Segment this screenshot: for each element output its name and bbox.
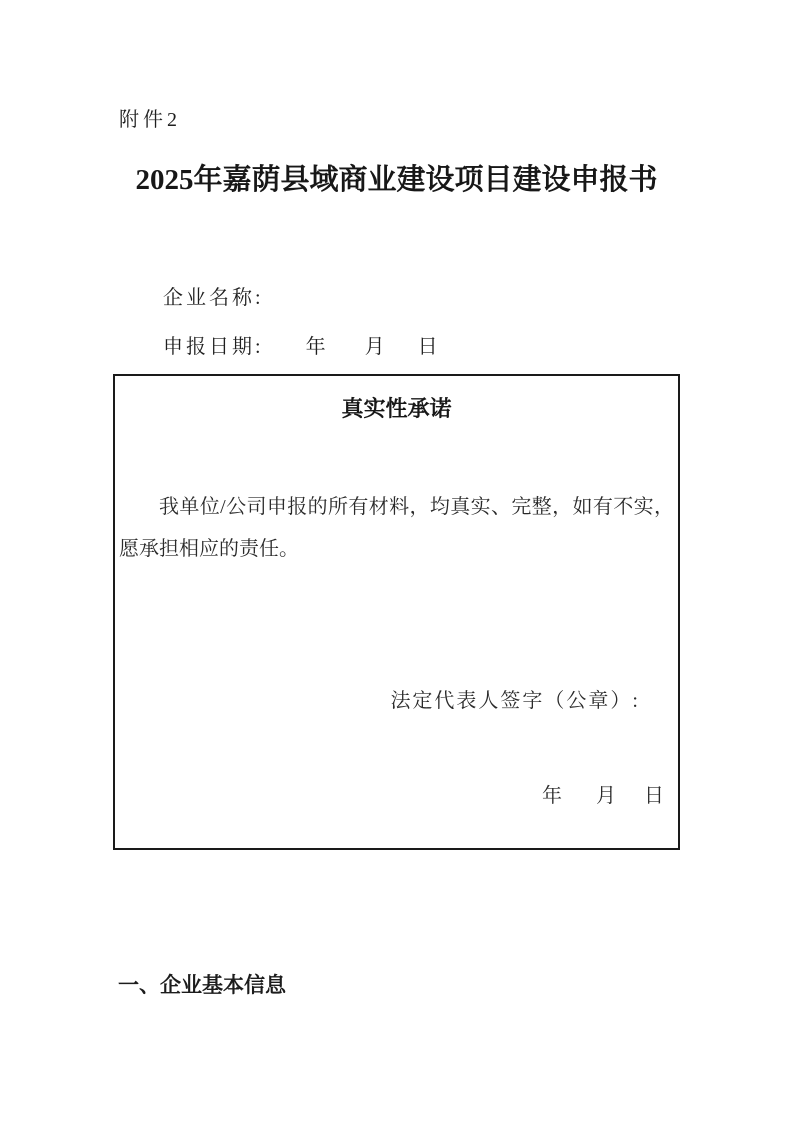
commitment-date-day-label: 日 xyxy=(644,785,664,807)
section-heading-enterprise-basic-info: 一、企业基本信息 xyxy=(118,969,286,999)
commitment-date-row: 年 月 日 xyxy=(542,779,664,808)
declaration-date-month-label: 月 xyxy=(365,336,388,358)
declaration-date-row: 申报日期: 年 月 日 xyxy=(163,330,441,359)
commitment-body-text: 我单位/公司申报的所有材料，均真实、完整，如有不实，愿承担相应的责任。 xyxy=(119,486,674,570)
commitment-date-month-label: 月 xyxy=(596,785,616,807)
document-title: 2025年嘉荫县域商业建设项目建设申报书 xyxy=(0,157,793,198)
document-page: 附件2 2025年嘉荫县域商业建设项目建设申报书 企业名称: 申报日期: 年 月… xyxy=(0,0,793,1122)
declaration-date-day-label: 日 xyxy=(418,336,441,358)
commitment-box: 真实性承诺 我单位/公司申报的所有材料，均真实、完整，如有不实，愿承担相应的责任… xyxy=(113,374,680,850)
commitment-heading: 真实性承诺 xyxy=(115,392,678,423)
declaration-date-year-label: 年 xyxy=(306,336,329,358)
declaration-date-label: 申报日期: xyxy=(163,336,264,358)
enterprise-name-row: 企业名称: xyxy=(163,281,392,310)
attachment-label: 附件2 xyxy=(119,103,181,132)
enterprise-name-label: 企业名称: xyxy=(163,287,264,309)
legal-representative-signature-label: 法定代表人签字（公章）: xyxy=(390,684,640,713)
commitment-date-year-label: 年 xyxy=(542,785,562,807)
